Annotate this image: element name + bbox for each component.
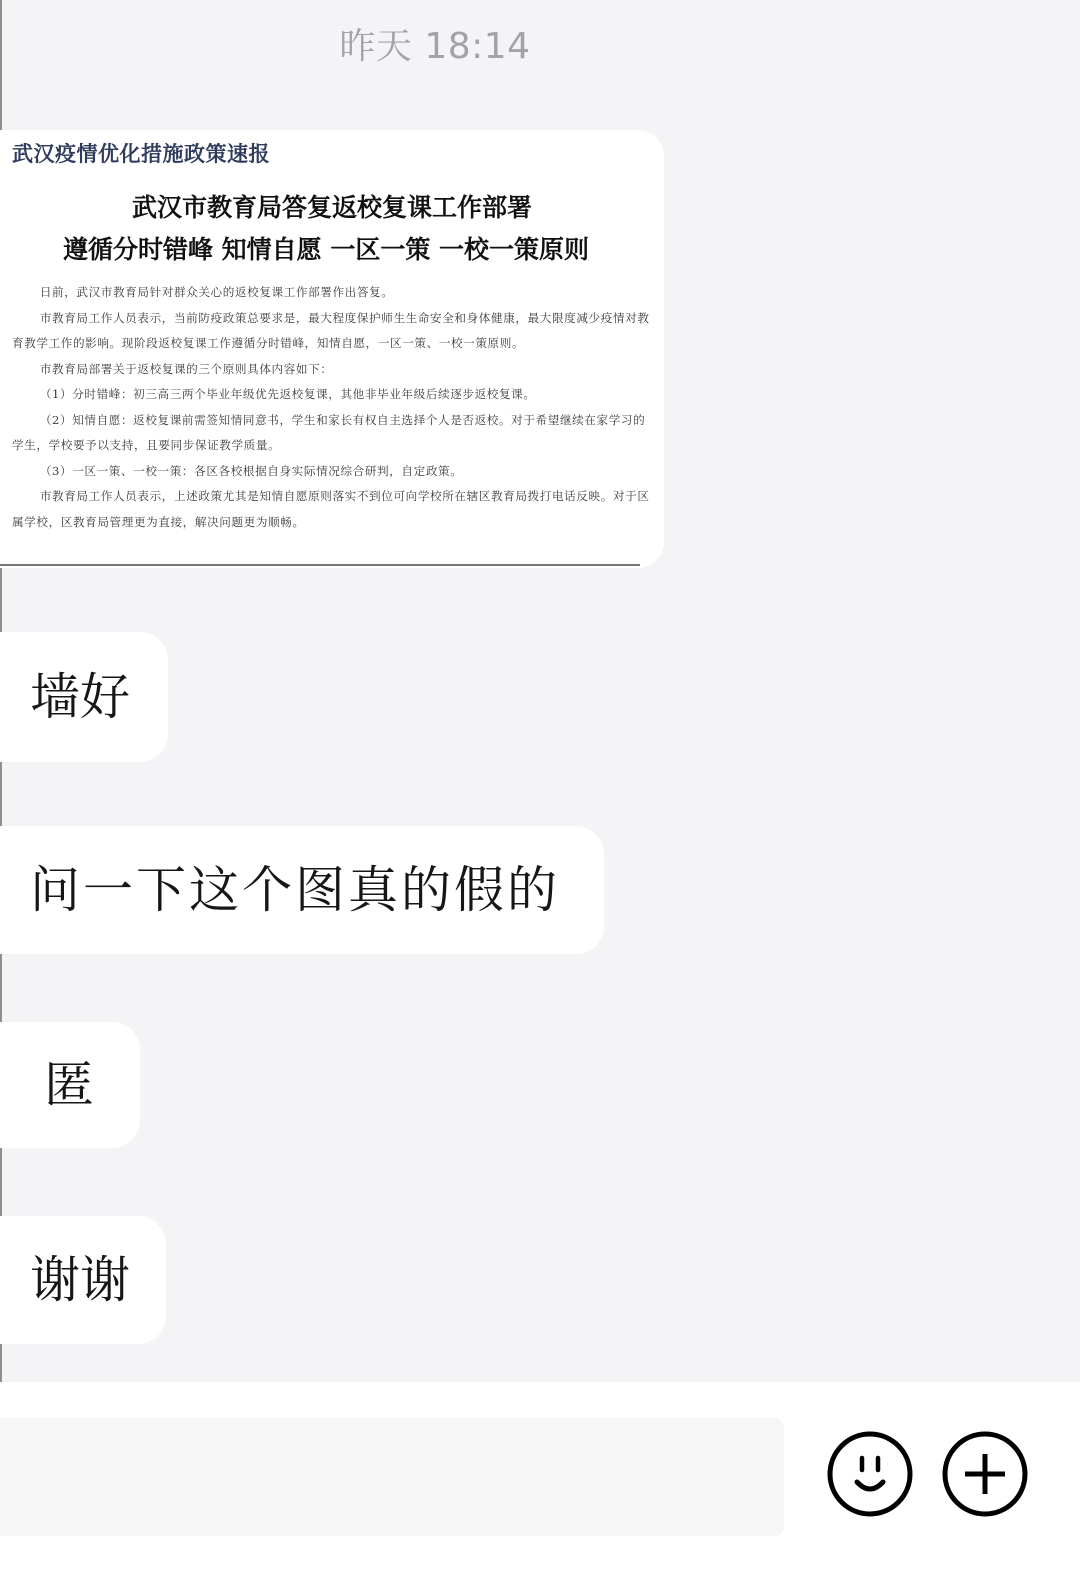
news-headline-line2: 遵循分时错峰 知情自愿 一区一策 一校一策原则 xyxy=(0,230,658,266)
news-paragraph: 市教育局工作人员表示，上述政策尤其是知情自愿原则落实不到位可向学校所在辖区教育局… xyxy=(12,484,652,535)
message-timestamp: 昨天 18:14 xyxy=(0,18,870,69)
news-screenshot-image: 武汉疫情优化措施政策速报 武汉市教育局答复返校复课工作部署 遵循分时错峰 知情自… xyxy=(0,130,664,566)
message-text: 问一下这个图真的假的 xyxy=(30,865,560,915)
news-paragraph: （3）一区一策、一校一策：各区各校根据自身实际情况综合研判，自定政策。 xyxy=(12,459,652,485)
news-paragraph: （2）知情自愿：返校复课前需签知情同意书，学生和家长有权自主选择个人是否返校。对… xyxy=(12,408,652,459)
message-input[interactable] xyxy=(0,1418,784,1536)
message-bubble[interactable]: 匿 xyxy=(0,1022,140,1148)
smiley-face-icon xyxy=(826,1430,914,1518)
news-paragraph: （1）分时错峰：初三高三两个毕业年级优先返校复课，其他非毕业年级后续逐步返校复课… xyxy=(12,382,652,408)
news-bottom-rule xyxy=(0,564,640,566)
message-bubble[interactable]: 问一下这个图真的假的 xyxy=(0,826,604,954)
message-bubble[interactable]: 谢谢 xyxy=(0,1216,166,1344)
plus-circle-icon xyxy=(941,1430,1029,1518)
news-paragraph: 日前，武汉市教育局针对群众关心的返校复课工作部署作出答复。 xyxy=(12,280,652,306)
emoji-button[interactable] xyxy=(826,1430,914,1518)
news-headline-line1: 武汉市教育局答复返校复课工作部署 xyxy=(0,188,664,224)
news-paragraph: 市教育局工作人员表示，当前防疫政策总要求是，最大程度保护师生生命安全和身体健康，… xyxy=(12,306,652,357)
image-message-bubble[interactable]: 武汉疫情优化措施政策速报 武汉市教育局答复返校复课工作部署 遵循分时错峰 知情自… xyxy=(0,130,664,568)
message-text: 匿 xyxy=(44,1060,94,1110)
news-body: 日前，武汉市教育局针对群众关心的返校复课工作部署作出答复。 市教育局工作人员表示… xyxy=(12,280,652,535)
news-paragraph: 市教育局部署关于返校复课的三个原则具体内容如下： xyxy=(12,357,652,383)
message-text: 墙好 xyxy=(30,672,130,722)
plus-button[interactable] xyxy=(941,1430,1029,1518)
message-text: 谢谢 xyxy=(30,1255,130,1305)
message-bubble[interactable]: 墙好 xyxy=(0,632,168,762)
news-banner: 武汉疫情优化措施政策速报 xyxy=(12,138,270,168)
